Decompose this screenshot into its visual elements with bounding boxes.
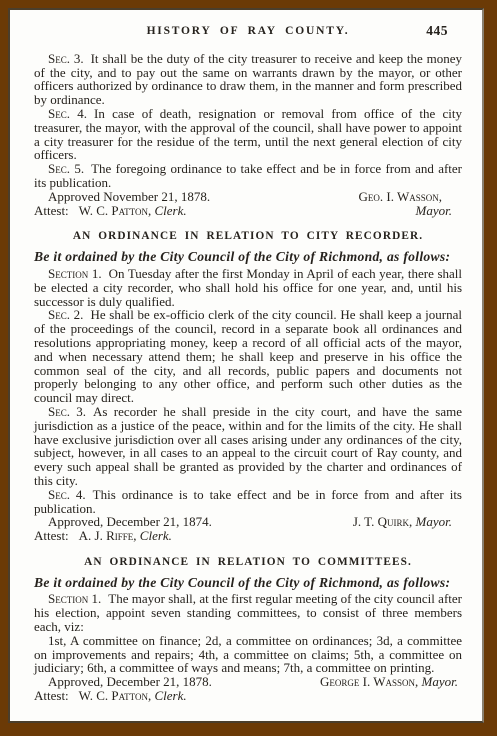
approved-date: Approved, December 21, 1878. xyxy=(34,675,212,689)
clerk-title: Clerk. xyxy=(140,528,172,543)
treasurer-sec3-paragraph: Sec. 3.It shall be the duty of the city … xyxy=(34,52,462,107)
mayor-name: George I. Wasson, xyxy=(320,674,418,689)
recorder-sec2-paragraph: Sec. 2.He shall be ex-officio clerk of t… xyxy=(34,308,462,405)
approved-date: Approved, December 21, 1874. xyxy=(34,515,212,529)
clerk-name: A. J. Riffe, xyxy=(79,528,137,543)
page-content: HISTORY OF RAY COUNTY. 445 Sec. 3.It sha… xyxy=(10,10,482,703)
mayor-title: Mayor. xyxy=(422,674,458,689)
treasurer-sec4-paragraph: Sec. 4.In case of death, resignation or … xyxy=(34,107,462,162)
approved-line: Approved, December 21, 1878. George I. W… xyxy=(34,675,462,689)
mayor-signature: J. T. Quirk, Mayor. xyxy=(353,515,452,529)
section-label: Section 1. xyxy=(48,591,101,606)
recorder-ordinance-heading: AN ORDINANCE IN RELATION TO CITY RECORDE… xyxy=(34,230,462,244)
approved-date: Approved November 21, 1878. xyxy=(34,190,210,204)
section-text: It shall be the duty of the city treasur… xyxy=(34,51,462,107)
mayor-name: Geo. I. Wasson, xyxy=(358,190,442,204)
attest-label: Attest: xyxy=(34,528,69,543)
mayor-name: J. T. Quirk, xyxy=(353,514,412,529)
recorder-ordained-line: Be it ordained by the City Council of th… xyxy=(34,250,462,264)
attest-clerk: Attest:W. C. Patton, Clerk. xyxy=(34,689,187,703)
recorder-sec4-paragraph: Sec. 4.This ordinance is to take effect … xyxy=(34,488,462,516)
section-label: Sec. 4. xyxy=(48,487,86,502)
section-label: Sec. 5. xyxy=(48,161,84,176)
section-label: Sec. 3. xyxy=(48,51,84,66)
recorder-signature-block: Approved, December 21, 1874. J. T. Quirk… xyxy=(34,515,462,543)
committees-ordained-line: Be it ordained by the City Council of th… xyxy=(34,576,462,590)
attest-line: Attest:W. C. Patton, Clerk. Mayor. xyxy=(34,204,462,218)
section-text: The foregoing ordinance to take effect a… xyxy=(34,161,462,190)
clerk-name: W. C. Patton, xyxy=(79,203,152,218)
section-label: Sec. 2. xyxy=(48,307,83,322)
committees-section1-paragraph: Section 1.The mayor shall, at the first … xyxy=(34,592,462,633)
section-text: In case of death, resignation or removal… xyxy=(34,106,462,162)
attest-label: Attest: xyxy=(34,688,69,703)
attest-label: Attest: xyxy=(34,203,69,218)
book-frame: HISTORY OF RAY COUNTY. 445 Sec. 3.It sha… xyxy=(0,0,497,736)
treasurer-sec5-paragraph: Sec. 5.The foregoing ordinance to take e… xyxy=(34,162,462,190)
section-text: As recorder he shall preside in the city… xyxy=(34,404,462,488)
committees-list-paragraph: 1st, A committee on finance; 2d, a commi… xyxy=(34,634,462,675)
attest-line: Attest:W. C. Patton, Clerk. xyxy=(34,689,462,703)
page-title: HISTORY OF RAY COUNTY. xyxy=(147,25,350,37)
mayor-title: Mayor. xyxy=(416,204,452,218)
clerk-title: Clerk. xyxy=(154,203,186,218)
attest-line: Attest:A. J. Riffe, Clerk. xyxy=(34,529,462,543)
page-number: 445 xyxy=(426,24,448,38)
mayor-title: Mayor. xyxy=(416,514,452,529)
committees-ordinance-heading: AN ORDINANCE IN RELATION TO COMMITTEES. xyxy=(34,556,462,570)
recorder-section1-paragraph: Section 1.On Tuesday after the first Mon… xyxy=(34,267,462,308)
book-page: HISTORY OF RAY COUNTY. 445 Sec. 3.It sha… xyxy=(8,8,484,723)
clerk-title: Clerk. xyxy=(154,688,186,703)
attest-clerk: Attest:A. J. Riffe, Clerk. xyxy=(34,529,172,543)
running-head: HISTORY OF RAY COUNTY. 445 xyxy=(34,25,462,39)
recorder-sec3-paragraph: Sec. 3.As recorder he shall preside in t… xyxy=(34,405,462,488)
approved-line: Approved, December 21, 1874. J. T. Quirk… xyxy=(34,515,462,529)
section-text: He shall be ex-officio clerk of the city… xyxy=(34,307,462,405)
treasurer-signature-block: Approved November 21, 1878. Geo. I. Wass… xyxy=(34,190,462,218)
section-text: This ordinance is to take effect and be … xyxy=(34,487,462,516)
committees-signature-block: Approved, December 21, 1878. George I. W… xyxy=(34,675,462,703)
section-label: Sec. 4. xyxy=(48,106,87,121)
section-label: Section 1. xyxy=(48,266,102,281)
clerk-name: W. C. Patton, xyxy=(79,688,152,703)
attest-clerk: Attest:W. C. Patton, Clerk. xyxy=(34,204,187,218)
approved-line: Approved November 21, 1878. Geo. I. Wass… xyxy=(34,190,462,204)
section-label: Sec. 3. xyxy=(48,404,86,419)
mayor-signature: George I. Wasson, Mayor. xyxy=(320,675,458,689)
